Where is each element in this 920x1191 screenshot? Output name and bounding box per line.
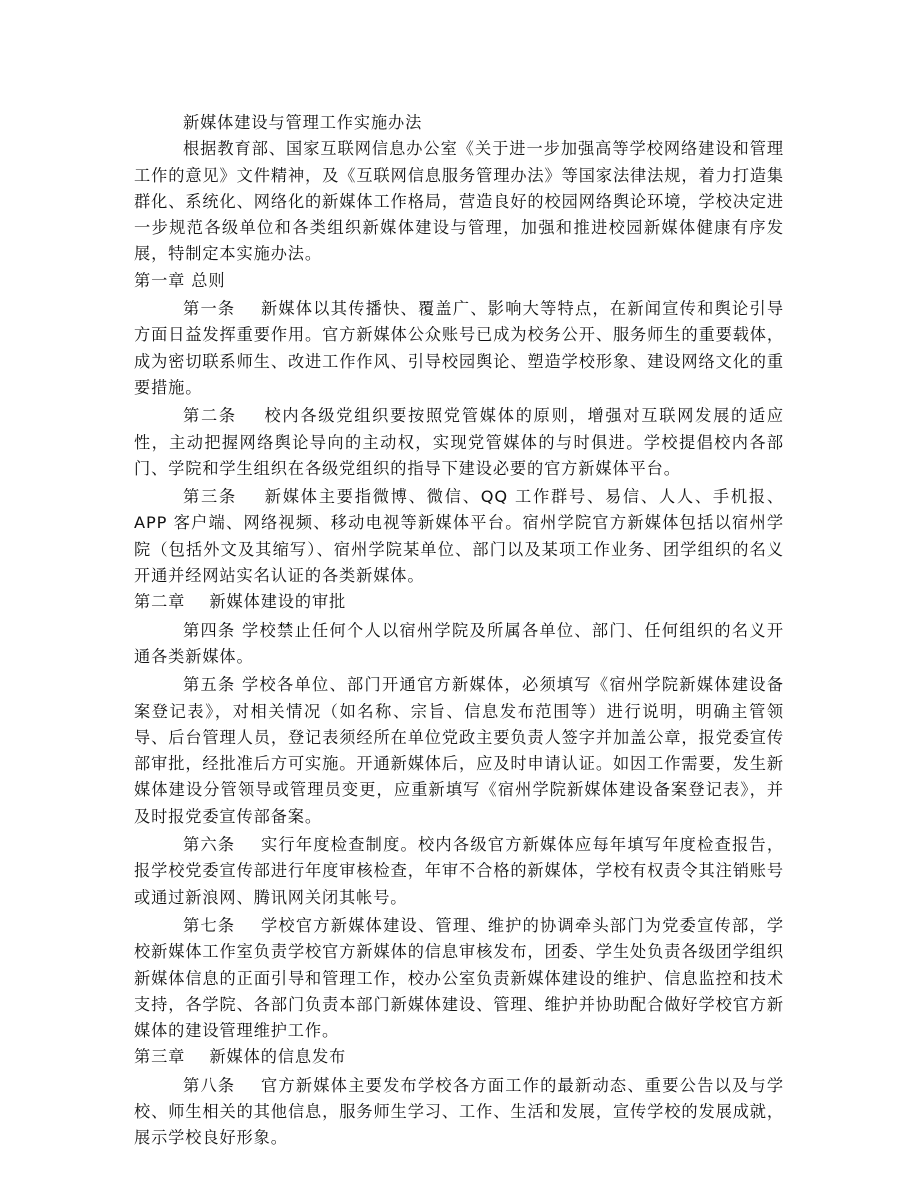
document-title: 新媒体建设与管理工作实施办法 <box>134 110 784 136</box>
article-2: 第二条 校内各级党组织要按照党管媒体的原则，增强对互联网发展的适应性，主动把握网… <box>134 403 784 482</box>
article-label: 第八条 <box>183 1076 235 1095</box>
document-page: 新媒体建设与管理工作实施办法 根据教育部、国家互联网信息办公室《关于进一步加强高… <box>134 110 784 1152</box>
chapter-2-heading: 第二章 新媒体建设的审批 <box>134 589 784 615</box>
article-8: 第八条 官方新媒体主要发布学校各方面工作的最新动态、重要公告以及与学校、师生相关… <box>134 1073 784 1152</box>
intro-paragraph: 根据教育部、国家互联网信息办公室《关于进一步加强高等学校网络建设和管理工作的意见… <box>134 136 784 267</box>
article-5: 第五条 学校各单位、部门开通官方新媒体，必须填写《宿州学院新媒体建设备案登记表》… <box>134 672 784 830</box>
article-label: 第二条 <box>183 406 237 425</box>
article-6: 第六条 实行年度检查制度。校内各级官方新媒体应每年填写年度检查报告，报学校党委宣… <box>134 832 784 911</box>
article-text: 学校各单位、部门开通官方新媒体，必须填写《宿州学院新媒体建设备案登记表》，对相关… <box>134 675 784 825</box>
article-label: 第三条 <box>183 487 237 506</box>
article-label: 第一条 <box>183 299 235 318</box>
article-label: 第四条 <box>183 621 236 640</box>
article-3: 第三条 新媒体主要指微博、微信、QQ 工作群号、易信、人人、手机报、APP 客户… <box>134 484 784 589</box>
article-7: 第七条 学校官方新媒体建设、管理、维护的协调牵头部门为党委宣传部，学校新媒体工作… <box>134 913 784 1044</box>
article-4: 第四条 学校禁止任何个人以宿州学院及所属各单位、部门、任何组织的名义开通各类新媒… <box>134 618 784 671</box>
chapter-3-heading: 第三章 新媒体的信息发布 <box>134 1044 784 1070</box>
article-label: 第五条 <box>183 675 236 694</box>
article-label: 第七条 <box>183 916 235 935</box>
article-1: 第一条 新媒体以其传播快、覆盖广、影响大等特点，在新闻宣传和舆论引导方面日益发挥… <box>134 296 784 401</box>
chapter-1-heading: 第一章 总则 <box>134 268 784 294</box>
article-label: 第六条 <box>183 835 235 854</box>
